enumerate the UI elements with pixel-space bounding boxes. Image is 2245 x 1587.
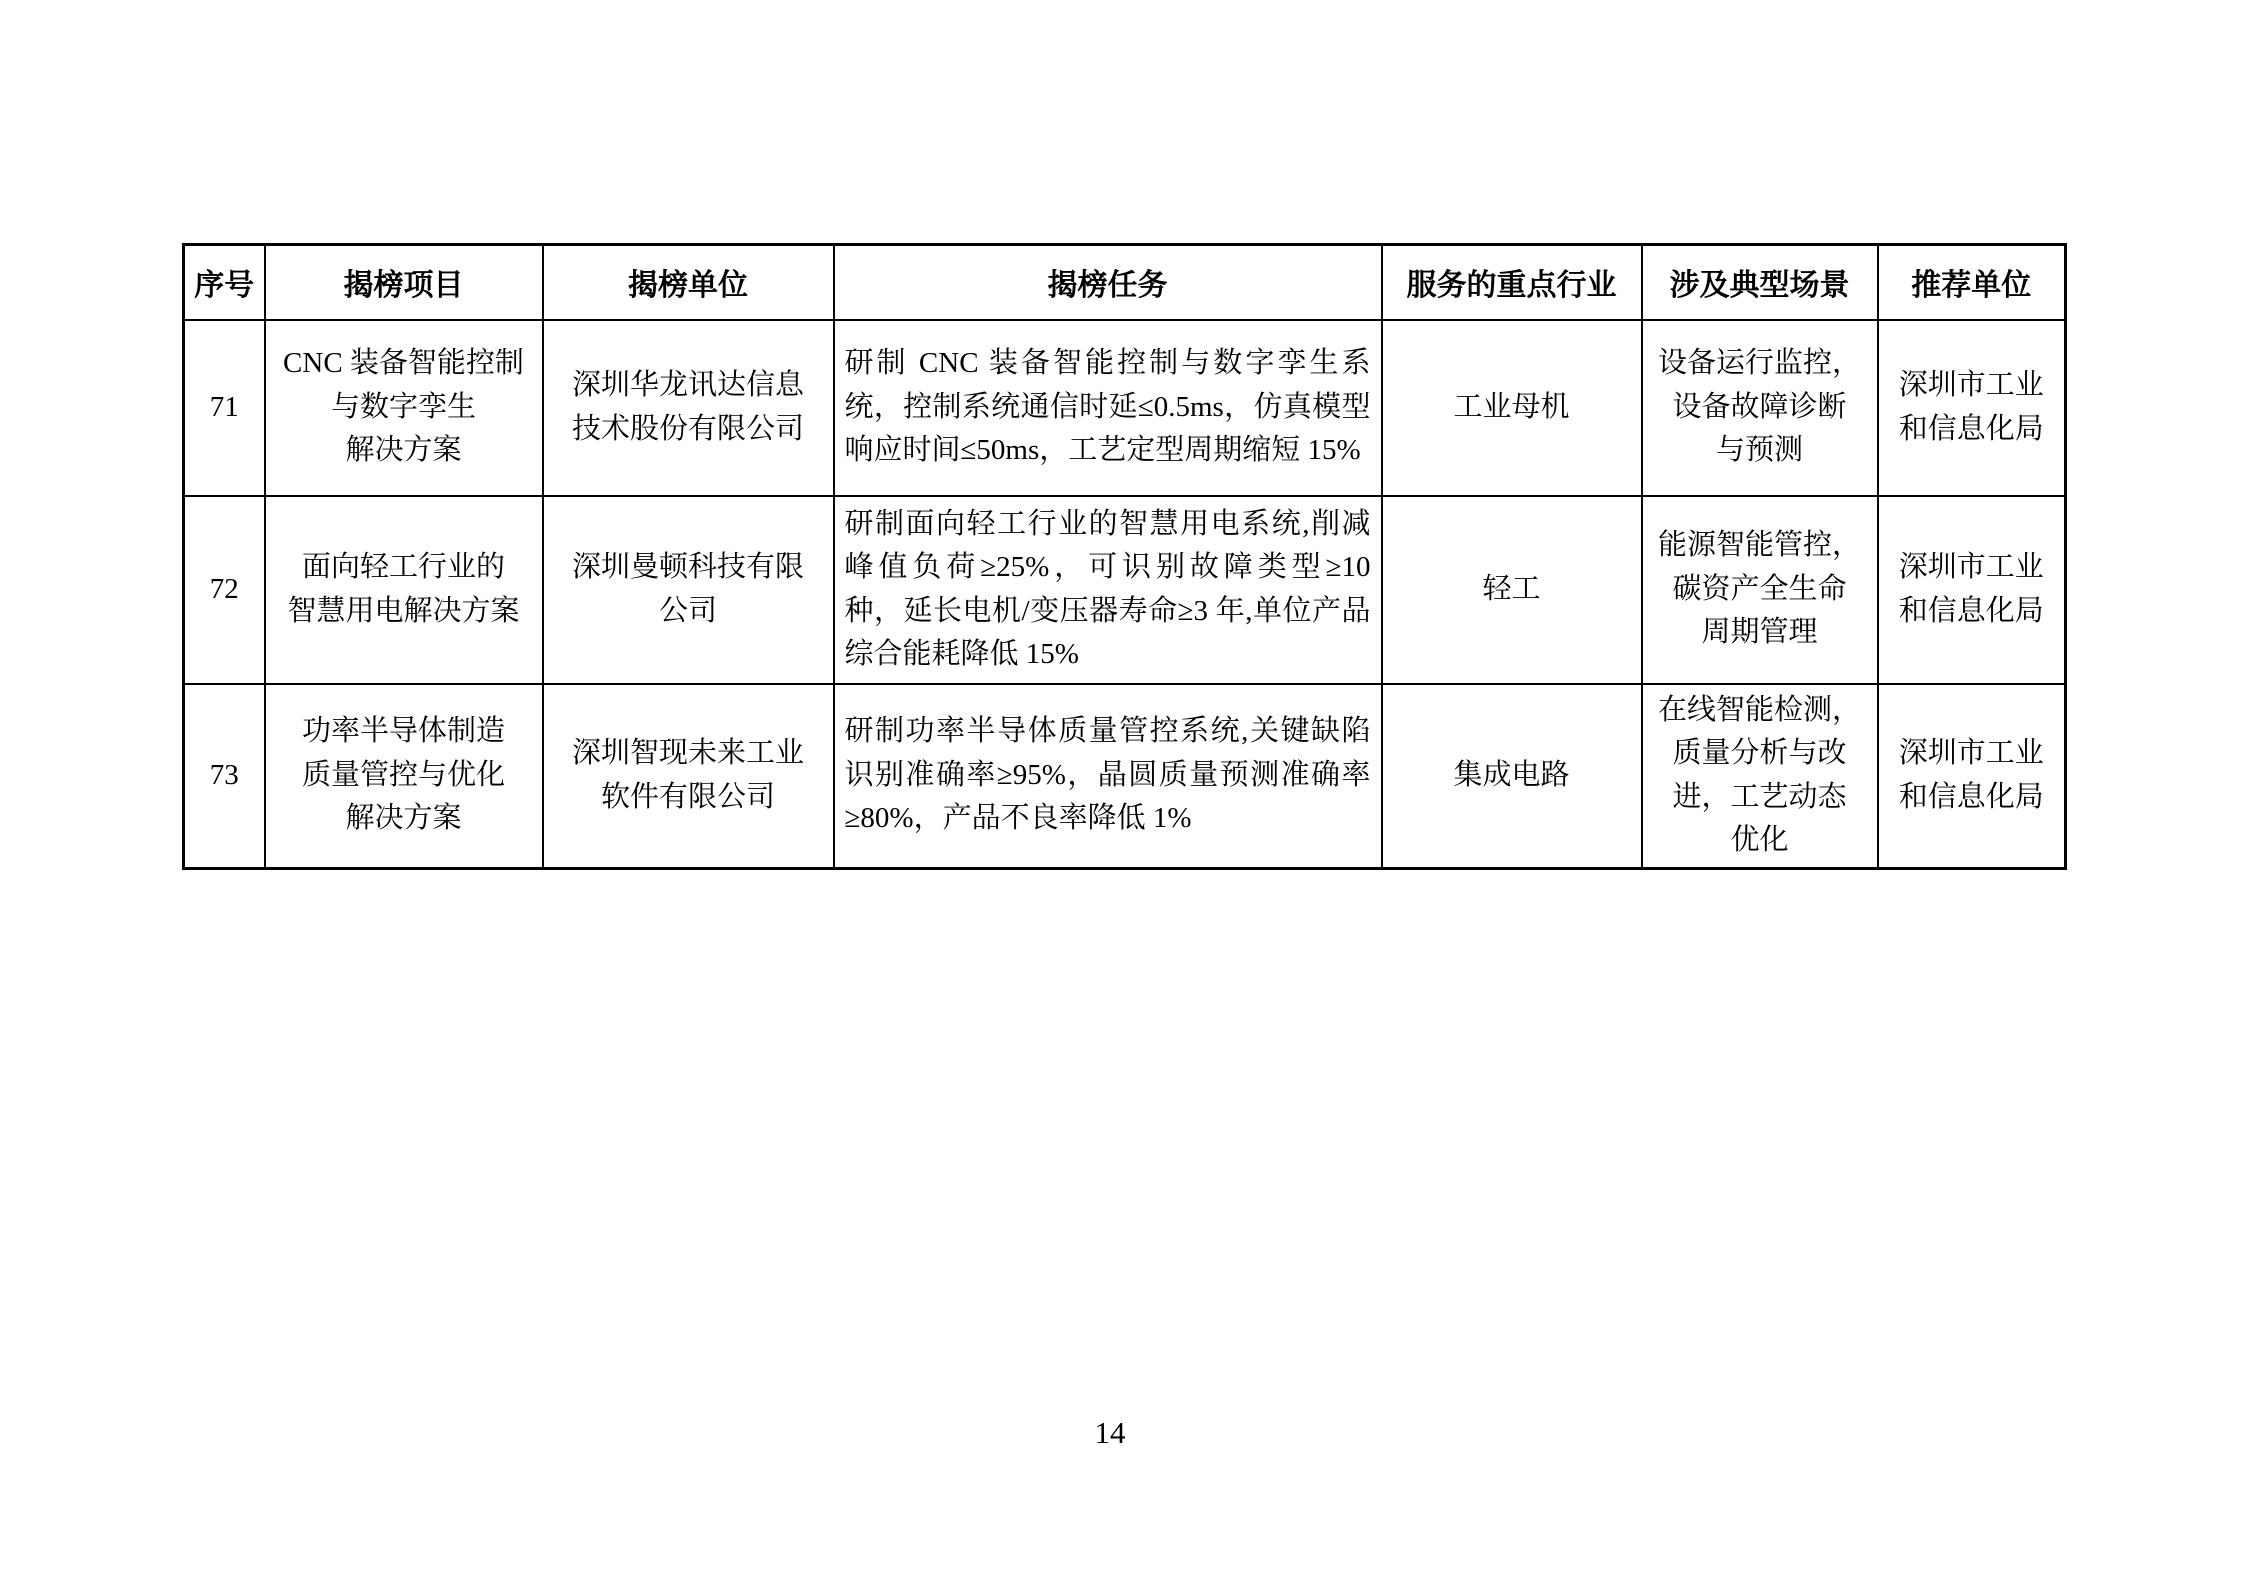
cell-task: 研制 CNC 装备智能控制与数字孪生系统，控制系统通信时延≤0.5ms，仿真模型… [834, 320, 1382, 496]
cell-scenario: 设备运行监控， 设备故障诊断 与预测 [1642, 320, 1878, 496]
table-row: 71 CNC 装备智能控制 与数字孪生 解决方案 深圳华龙讯达信息 技术股份有限… [184, 320, 2066, 496]
cell-recommender: 深圳市工业 和信息化局 [1878, 684, 2066, 869]
header-recommender: 推荐单位 [1878, 245, 2066, 320]
cell-project: CNC 装备智能控制 与数字孪生 解决方案 [265, 320, 543, 496]
cell-serial: 72 [184, 496, 265, 684]
cell-project: 面向轻工行业的 智慧用电解决方案 [265, 496, 543, 684]
cell-unit: 深圳智现未来工业 软件有限公司 [543, 684, 834, 869]
table-row: 72 面向轻工行业的 智慧用电解决方案 深圳曼顿科技有限 公司 研制面向轻工行业… [184, 496, 2066, 684]
document-page: 序号 揭榜项目 揭榜单位 揭榜任务 服务的重点行业 涉及典型场景 推荐单位 71… [0, 0, 2245, 1587]
cell-task: 研制面向轻工行业的智慧用电系统,削减峰值负荷≥25%，可识别故障类型≥10 种，… [834, 496, 1382, 684]
header-industry: 服务的重点行业 [1382, 245, 1642, 320]
cell-industry: 工业母机 [1382, 320, 1642, 496]
cell-task: 研制功率半导体质量管控系统,关键缺陷识别准确率≥95%，晶圆质量预测准确率≥80… [834, 684, 1382, 869]
cell-scenario: 能源智能管控， 碳资产全生命 周期管理 [1642, 496, 1878, 684]
table-header-row: 序号 揭榜项目 揭榜单位 揭榜任务 服务的重点行业 涉及典型场景 推荐单位 [184, 245, 2066, 320]
cell-serial: 73 [184, 684, 265, 869]
cell-industry: 轻工 [1382, 496, 1642, 684]
cell-project: 功率半导体制造 质量管控与优化 解决方案 [265, 684, 543, 869]
header-scenario: 涉及典型场景 [1642, 245, 1878, 320]
table-row: 73 功率半导体制造 质量管控与优化 解决方案 深圳智现未来工业 软件有限公司 … [184, 684, 2066, 869]
cell-unit: 深圳曼顿科技有限 公司 [543, 496, 834, 684]
cell-recommender: 深圳市工业 和信息化局 [1878, 320, 2066, 496]
cell-recommender: 深圳市工业 和信息化局 [1878, 496, 2066, 684]
cell-industry: 集成电路 [1382, 684, 1642, 869]
header-project: 揭榜项目 [265, 245, 543, 320]
cell-scenario: 在线智能检测， 质量分析与改 进，工艺动态 优化 [1642, 684, 1878, 869]
header-task: 揭榜任务 [834, 245, 1382, 320]
projects-table: 序号 揭榜项目 揭榜单位 揭榜任务 服务的重点行业 涉及典型场景 推荐单位 71… [182, 243, 2067, 870]
cell-unit: 深圳华龙讯达信息 技术股份有限公司 [543, 320, 834, 496]
header-serial: 序号 [184, 245, 265, 320]
cell-serial: 71 [184, 320, 265, 496]
page-number: 14 [0, 1415, 2220, 1451]
header-unit: 揭榜单位 [543, 245, 834, 320]
